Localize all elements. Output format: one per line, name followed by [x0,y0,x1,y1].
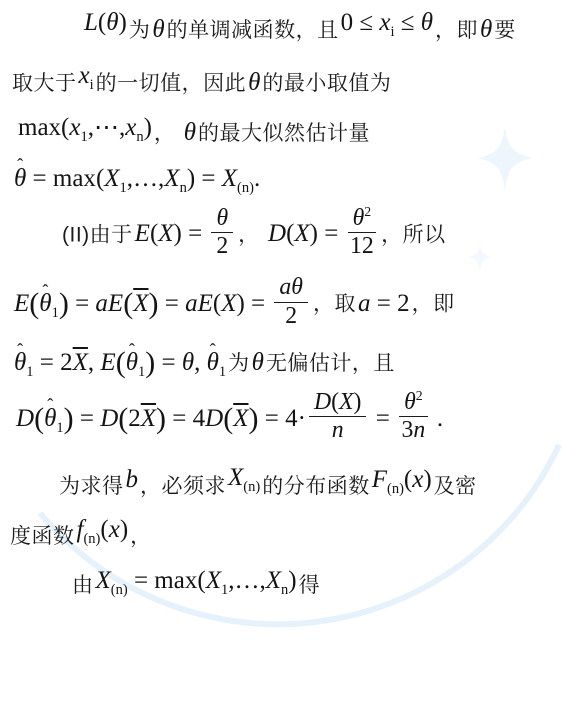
math-roman: ≤ [395,9,421,36]
big-paren: ( [29,287,39,320]
chinese-text: 为 [228,352,250,375]
math-roman: . [254,165,260,192]
chinese-text: 的最小取值为 [262,72,391,95]
math-variable: X [141,405,156,432]
fraction: D(X)n [309,390,367,443]
fraction: aθ2 [274,275,308,328]
math-expression: D(X) = θ212 [268,220,379,247]
math-variable: n [332,417,344,443]
circumflex-mark: ˆ [17,341,23,359]
hat-accent: ˆθ [207,348,219,378]
math-expression: b [126,466,139,493]
math-roman: 0 ≤ [341,9,380,36]
math-roman: . [431,405,444,432]
chinese-text: 无偏估计，且 [266,352,395,375]
math-variable: b [126,466,139,493]
math-roman: ) = [310,220,345,247]
math-roman: = [158,290,185,317]
subscript: 1 [120,180,127,196]
overline-bar: X [233,405,248,432]
chinese-text: ， [130,525,152,548]
subscript: i [90,77,94,93]
math-variable: X [158,220,173,247]
chinese-text: 的一切值，因此 [96,72,247,95]
text-line: max(x1,⋯,xn)， θ的最大似然估计量 [4,113,558,148]
subscript: 1 [52,305,59,321]
math-expression: θ [248,69,260,96]
text-line: L(θ)为θ的单调减函数，且0 ≤ xi ≤ θ，即θ要 [4,8,558,45]
math-variable: D [16,405,34,432]
math-variable: θ [248,69,260,96]
math-variable: aθ [279,274,303,300]
math-roman: , [194,349,207,376]
math-variable: D [205,405,223,432]
math-roman: ) = [187,165,222,192]
big-paren: ( [34,402,44,435]
superscript: 2 [416,388,423,403]
math-expression: f(n)(x) [77,516,129,543]
math-variable: E [135,220,150,247]
math-variable: D [314,389,331,415]
chinese-text: ，即 [435,19,478,42]
math-roman: max [18,114,61,141]
math-variable: X [164,165,179,192]
circumflex-mark: ˆ [17,156,23,174]
math-variable: x [79,62,90,89]
hat-accent: ˆθ [14,164,26,194]
text-line: 由X(n) = max(X1,…,Xn)得 [4,566,558,599]
math-expression: X(n) [228,464,260,491]
math-variable: x [412,466,423,493]
math-expression: a = 2 [358,290,410,317]
math-roman: ,⋯, [88,114,126,141]
numerator: θ [211,206,233,233]
numerator: θ2 [399,390,428,417]
math-variable: θ [216,205,228,231]
math-roman: = [155,349,182,376]
math-variable: L [84,9,98,36]
math-variable: F [372,466,387,493]
math-variable: X [206,567,221,594]
big-paren: ) [249,402,259,435]
math-roman: , [88,349,101,376]
page: { "document": { "kind": "math-solution-t… [0,0,562,718]
hat-accent: ˆθ [14,348,26,378]
math-roman: = max [128,567,198,594]
math-expression: E(ˆθ1) = aE(X) = aE(X) = aθ2 [14,290,311,317]
math-expression: X(n) = max(X1,…,Xn) [96,567,297,594]
math-roman: ( [331,389,339,415]
chinese-text: 得 [299,574,321,597]
big-paren: ) [156,402,166,435]
math-roman: = 4 [166,405,205,432]
denominator: n [309,417,367,443]
math-variable: θ [480,16,492,43]
chinese-text: 为 [129,19,151,42]
math-expression: E(X) = θ2 [135,220,237,247]
math-variable: θ [404,389,416,415]
math-variable: n [413,417,425,443]
math-roman: ( [213,290,221,317]
math-roman: ) [120,516,128,543]
math-variable: θ [353,205,365,231]
big-paren: ( [116,346,126,379]
chinese-text: 为求得 [59,475,124,498]
subscript: (n) [237,180,254,196]
math-roman: ,…, [127,165,165,192]
math-roman: ) [119,9,127,36]
big-paren: ( [223,402,233,435]
subscript: (n) [387,481,404,497]
text-line: E(ˆθ1) = aE(X) = aE(X) = aθ2，取a = 2，即 [4,278,558,331]
math-roman: ) = [236,290,271,317]
overline-bar: X [141,405,156,432]
chinese-text: 的最大似然估计量 [198,122,370,145]
text-line: ˆθ1 = 2X, E(ˆθ1) = θ, ˆθ1为θ无偏估计，且 [4,348,558,378]
math-roman: ( [404,466,412,493]
hat-accent: ˆθ [126,348,138,378]
fraction: θ212 [348,206,377,259]
math-expression: θ [184,119,196,146]
math-roman: ( [197,567,205,594]
math-roman: = 4· [259,405,306,432]
circumflex-mark: ˆ [210,341,216,359]
chinese-text: 由 [72,574,94,597]
math-variable: X [233,405,248,432]
hat-accent: ˆθ [44,404,56,434]
chinese-text: ， [238,223,266,246]
math-variable: X [339,389,354,415]
math-variable: θ [421,9,433,36]
overline-bar: X [73,349,88,376]
math-roman: = 2 [34,349,73,376]
denominator: 2 [274,303,308,329]
chinese-text: 要 [494,19,516,42]
hat-accent: ˆθ [39,289,51,319]
chinese-text: 及密 [434,475,477,498]
math-expression: D(ˆθ1) = D(2X) = 4D(X) = 4·D(X)n = θ23n … [16,405,443,432]
big-paren: ( [123,287,133,320]
math-roman: ( [98,9,106,36]
denominator: 2 [211,233,233,259]
superscript: 2 [364,204,371,219]
chinese-text: ， [154,122,182,145]
subscript: n [136,129,143,145]
text-line: D(ˆθ1) = D(2X) = 4D(X) = 4·D(X)n = θ23n … [4,393,558,446]
big-paren: ) [64,402,74,435]
circumflex-mark: ˆ [47,396,53,414]
numerator: θ2 [348,206,377,233]
math-roman: ) [423,466,431,493]
big-paren: ) [148,287,158,320]
math-variable: x [109,516,120,543]
subscript: 1 [80,129,87,145]
chinese-text: 度函数 [10,525,75,548]
math-variable: X [221,290,236,317]
math-roman: 12 [350,233,374,259]
big-paren: ) [145,346,155,379]
math-roman: 3 [401,417,413,443]
chinese-text: (II)由于 [62,223,133,246]
math-solution-document: L(θ)为θ的单调减函数，且0 ≤ xi ≤ θ，即θ要取大于xi的一切值，因此… [0,0,562,599]
math-variable: X [222,165,237,192]
math-expression: F(n)(x) [372,466,432,493]
math-variable: X [73,349,88,376]
chinese-text: ，即 [412,293,455,316]
math-roman: 2 [285,303,297,329]
math-variable: θ [152,16,164,43]
math-variable: x [379,9,390,36]
math-variable: E [100,349,115,376]
math-roman: = max [26,165,96,192]
math-variable: E [14,290,29,317]
math-roman: 2 [216,233,228,259]
subscript: 1 [56,420,63,436]
chinese-text: ，取 [313,293,356,316]
math-roman: ) [354,389,362,415]
math-variable: a [358,290,371,317]
subscript: n [180,180,187,196]
math-roman: = [69,290,96,317]
text-line: ˆθ = max(X1,…,Xn) = X(n). [4,164,558,194]
fraction: θ23n [399,390,428,443]
math-expression: θ [480,16,492,43]
math-variable: X [133,290,148,317]
subscript: (n) [83,531,100,547]
math-variable: θ [252,349,264,376]
math-variable: X [266,567,281,594]
chinese-text: 取大于 [12,72,77,95]
subscript: (n) [243,479,260,495]
math-expression: ˆθ1 = 2X, E(ˆθ1) = θ, ˆθ1 [14,349,226,376]
math-variable: X [228,464,243,491]
math-expression: θ [152,16,164,43]
math-roman: 2 [128,405,141,432]
math-expression: max(x1,⋯,xn) [18,114,152,141]
circumflex-mark: ˆ [42,282,48,300]
math-roman: ,…, [228,567,266,594]
big-paren: ) [59,287,69,320]
math-roman: = [369,405,396,432]
math-variable: X [294,220,309,247]
math-variable: aE [185,290,213,317]
math-variable: θ [184,119,196,146]
text-line: 取大于xi的一切值，因此θ的最小取值为 [4,61,558,98]
subscript: 1 [219,364,226,380]
overline-bar: X [133,290,148,317]
math-roman: ( [100,516,108,543]
math-variable: D [100,405,118,432]
math-variable: D [268,220,286,247]
math-variable: x [125,114,136,141]
math-roman: = [74,405,101,432]
math-variable: θ [182,349,194,376]
chinese-text: ，所以 [381,223,446,246]
numerator: D(X) [309,390,367,417]
denominator: 3n [399,417,428,443]
chinese-text: 的单调减函数，且 [167,19,339,42]
circumflex-mark: ˆ [129,341,135,359]
math-variable: X [96,567,111,594]
text-line: 度函数f(n)(x)， [4,515,558,550]
subscript: (n) [111,582,128,598]
math-expression: θ [252,349,264,376]
big-paren: ( [118,402,128,435]
math-expression: 0 ≤ xi ≤ θ [341,9,433,36]
math-variable: aE [95,290,123,317]
chinese-text: 的分布函数 [262,475,370,498]
math-expression: L(θ) [84,9,127,36]
text-line: 为求得b，必须求X(n)的分布函数F(n)(x)及密 [4,463,558,500]
fraction: θ2 [211,206,233,259]
chinese-text: ，必须求 [140,475,226,498]
numerator: aθ [274,275,308,302]
math-variable: x [69,114,80,141]
denominator: 12 [348,233,377,259]
math-variable: θ [106,9,118,36]
math-roman: ) = [174,220,209,247]
math-expression: ˆθ = max(X1,…,Xn) = X(n). [14,165,260,192]
math-roman: = 2 [370,290,409,317]
text-line: (II)由于E(X) = θ2， D(X) = θ212，所以 [4,209,558,262]
math-roman: ) [144,114,152,141]
math-roman: ) [288,567,296,594]
math-variable: X [104,165,119,192]
subscript: 1 [26,364,33,380]
math-expression: xi [79,62,94,89]
